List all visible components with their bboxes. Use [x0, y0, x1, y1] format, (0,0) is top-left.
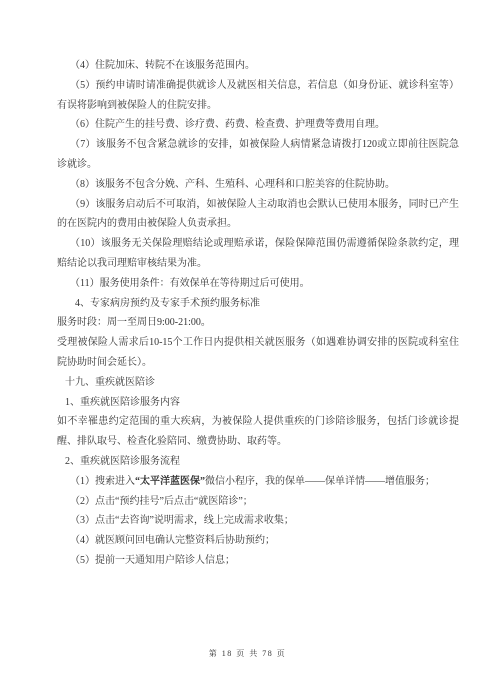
section19-heading: 十九、重疾就医陪诊 — [57, 373, 459, 393]
clause-paragraph-8: （8）该服务不包含分娩、产科、生殖科、心理科和口腔美容的住院协助。 — [57, 175, 459, 195]
clause-paragraph-4: （4）住院加床、转院不在该服务范围内。 — [57, 56, 459, 76]
step-1-prefix: （1）搜索进入 — [70, 476, 135, 487]
page-number-footer: 第 18 页 共 78 页 — [0, 648, 495, 659]
section19-sub1-body: 如不幸罹患约定范围的重大疾病，为被保险人提供重疾的门诊陪诊服务，包括门诊就诊提醒… — [57, 412, 459, 452]
step-1-suffix: 微信小程序，我的保单——保单详情——增值服务； — [205, 476, 435, 487]
step-item-3: （3）点击“去咨询”说明需求，线上完成需求收集； — [57, 511, 459, 531]
clause-paragraph-11: （11）服务使用条件：有效保单在等待期过后可使用。 — [57, 274, 459, 294]
section19-sub2-heading: 2、重疾就医陪诊服务流程 — [57, 452, 459, 472]
section4-hours-line: 服务时段：周一至周日9:00-21:00。 — [57, 313, 459, 333]
section4-heading: 4、专家病房预约及专家手术预约服务标准 — [57, 294, 459, 314]
section19-sub1-heading: 1、重疾就医陪诊服务内容 — [57, 393, 459, 413]
step-item-5: （5）提前一天通知用户陪诊人信息； — [57, 551, 459, 571]
section4-sla-line: 受理被保险人需求后10-15个工作日内提供相关就医服务（如遇难协调安排的医院或科… — [57, 333, 459, 373]
step-item-1: （1）搜索进入“太平洋蓝医保”微信小程序，我的保单——保单详情——增值服务； — [57, 472, 459, 492]
brand-name: “太平洋蓝医保” — [135, 476, 205, 487]
clause-paragraph-7: （7）该服务不包含紧急就诊的安排，如被保险人病情紧急请拨打120或立即前往医院急… — [57, 135, 459, 175]
clause-paragraph-6: （6）住院产生的挂号费、诊疗费、药费、检查费、护理费等费用自理。 — [57, 115, 459, 135]
document-page: （4）住院加床、转院不在该服务范围内。 （5）预约申请时请准确提供就诊人及就医相… — [0, 0, 495, 700]
step-item-4: （4）就医顾问回电确认完整资料后协助预约； — [57, 531, 459, 551]
clause-paragraph-5: （5）预约申请时请准确提供就诊人及就医相关信息，若信息（如身份证、就诊科室等）有… — [57, 76, 459, 116]
clause-paragraph-9: （9）该服务启动后不可取消，如被保险人主动取消也会默认已使用本服务，同时已产生的… — [57, 195, 459, 235]
step-item-2: （2）点击“预约挂号”后点击“就医陪诊”； — [57, 492, 459, 512]
clause-paragraph-10: （10）该服务无关保险理赔结论或理赔承诺，保险保障范围仍需遵循保险条款约定，理赔… — [57, 234, 459, 274]
document-body: （4）住院加床、转院不在该服务范围内。 （5）预约申请时请准确提供就诊人及就医相… — [57, 56, 459, 571]
